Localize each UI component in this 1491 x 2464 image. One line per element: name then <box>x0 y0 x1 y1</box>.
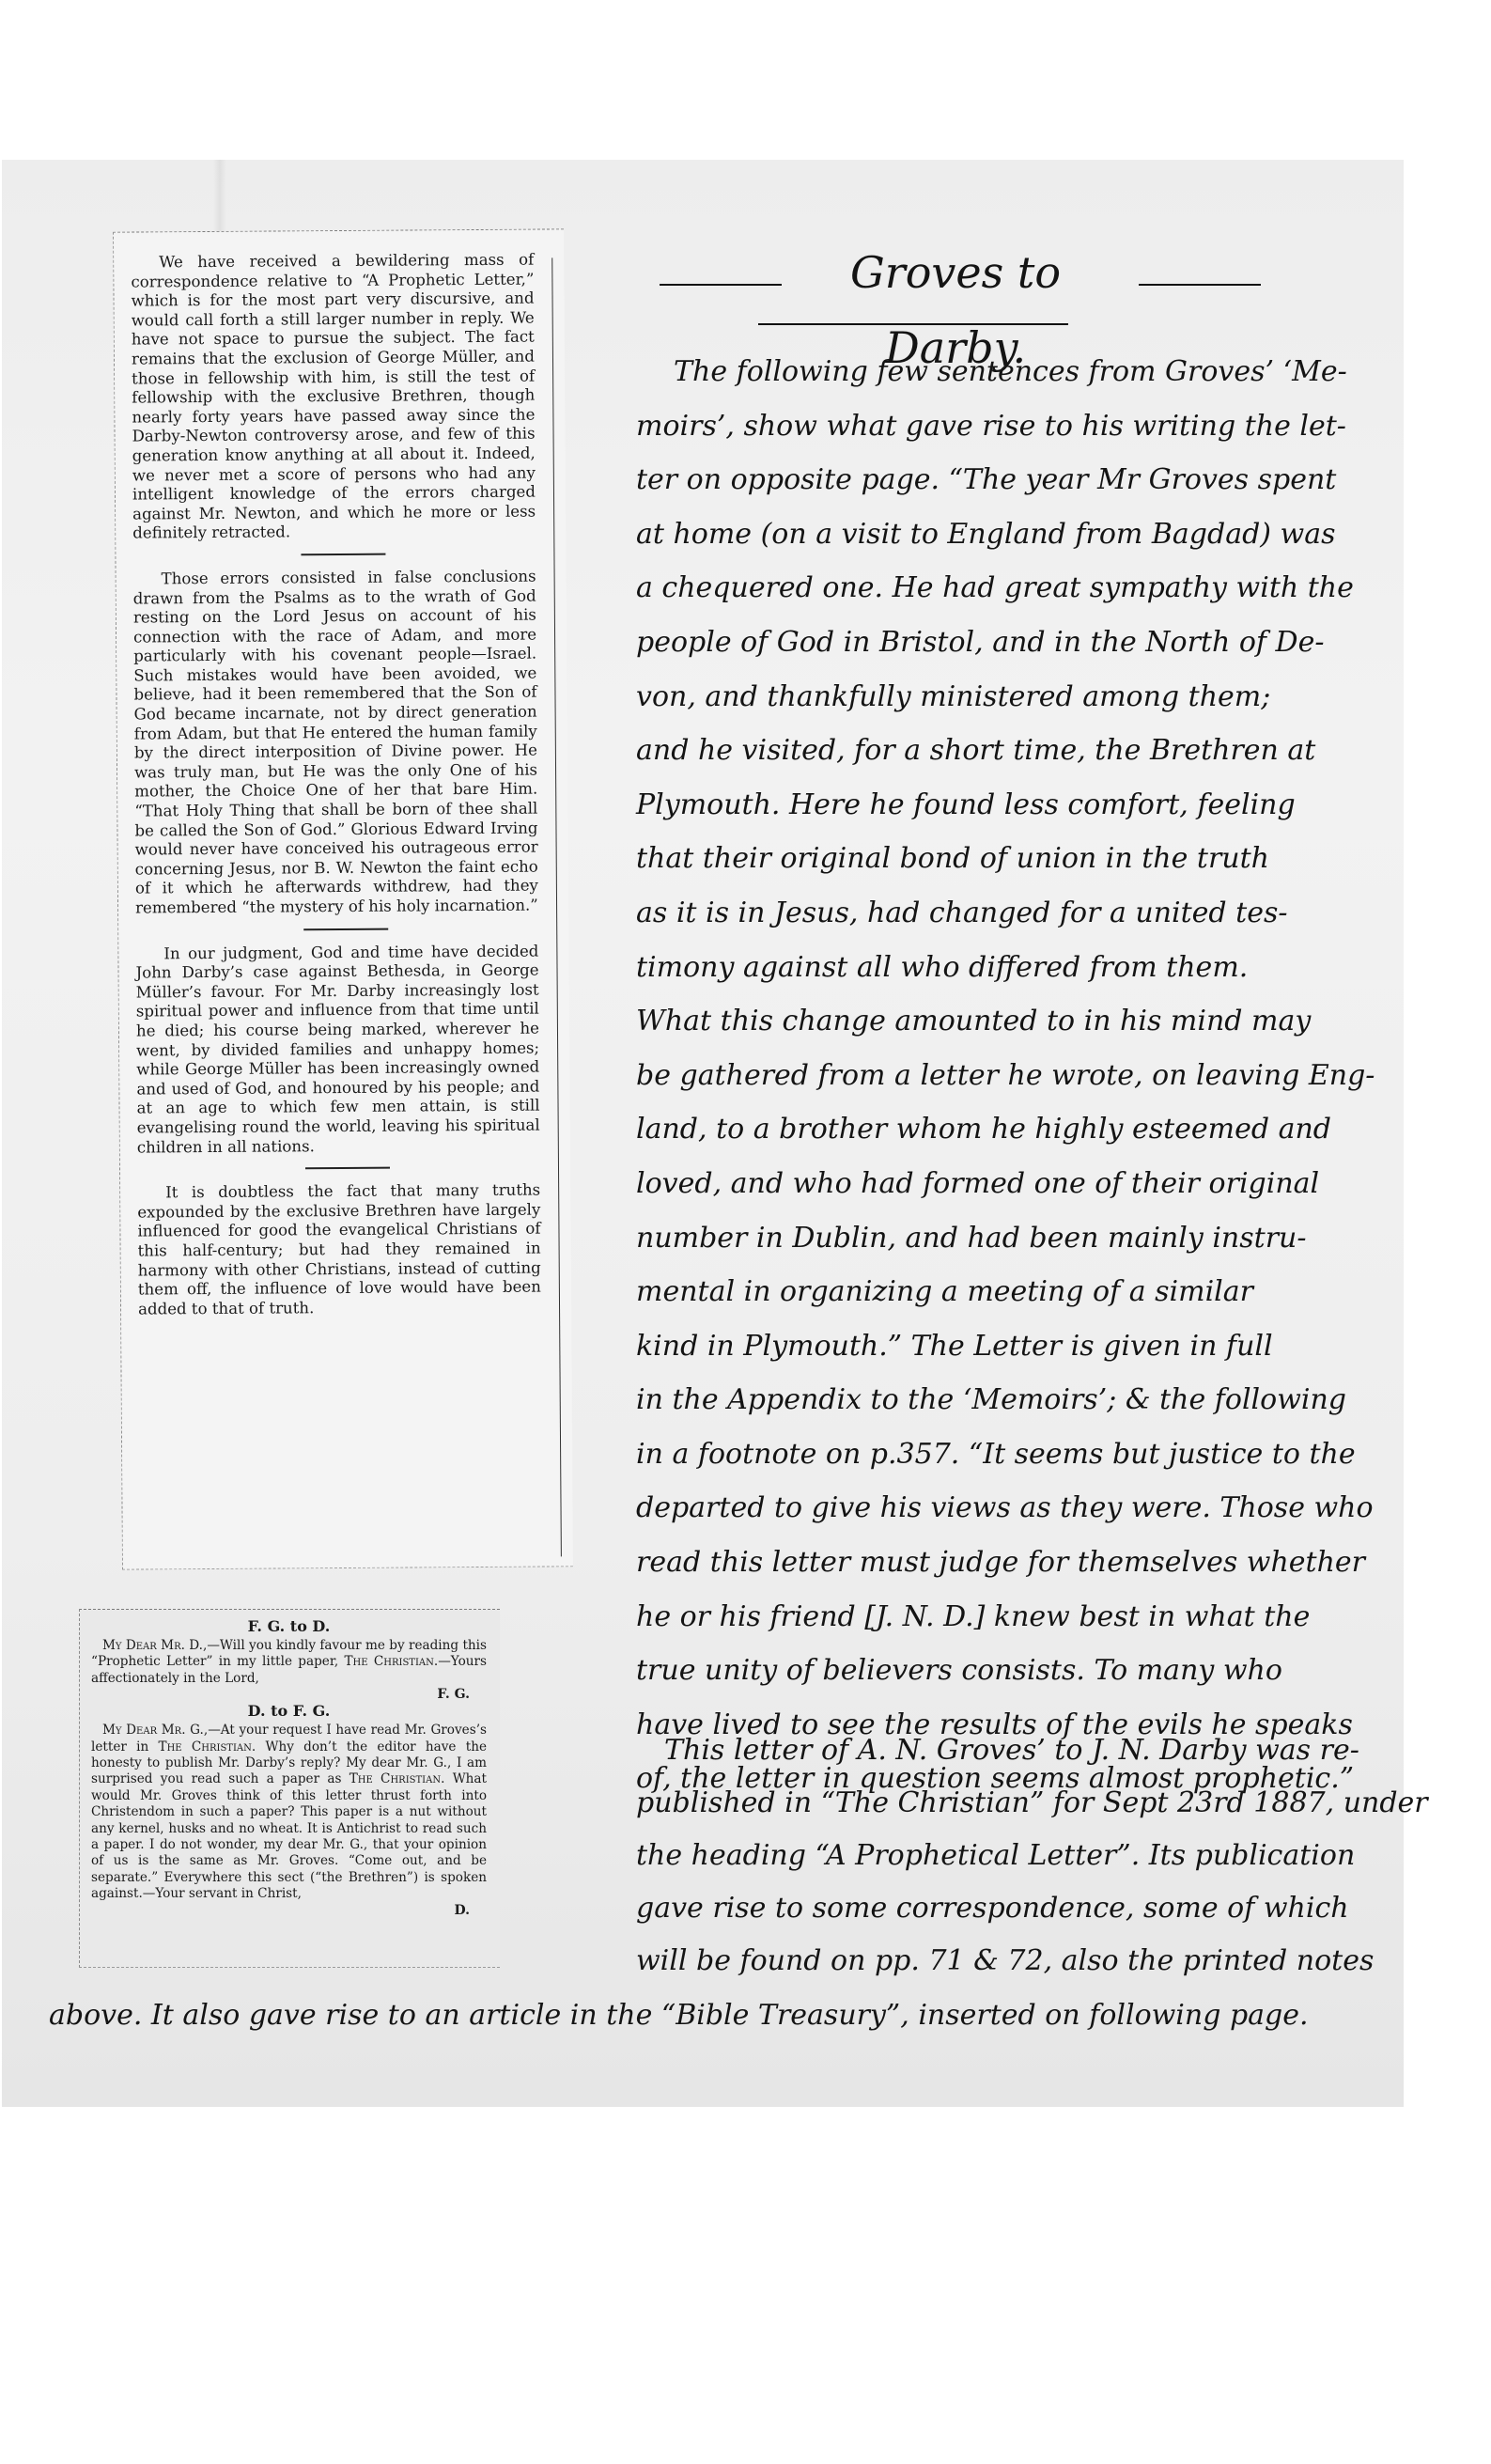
newspaper-clipping-letters: F. G. to D. My Dear Mr. D.,—Will you kin… <box>79 1609 500 1968</box>
letter-body: My Dear Mr. G.,—At your request I have r… <box>91 1723 487 1902</box>
newspaper-clipping-editorial: We have received a bewildering mass of c… <box>113 228 573 1569</box>
handwritten-line: departed to give his views as they were.… <box>636 1481 1350 1536</box>
handwritten-section-1: The following few sentences from Groves’… <box>636 345 1350 1806</box>
handwritten-line: This letter of A. N. Groves’ to J. N. Da… <box>636 1724 1350 1777</box>
handwritten-line: read this letter must judge for themselv… <box>636 1536 1350 1590</box>
paper-name: The Christian <box>349 1771 441 1786</box>
column-rule <box>551 257 562 1556</box>
title-underline <box>758 323 1068 325</box>
letter-signature: D. <box>91 1903 470 1918</box>
handwritten-line: number in Dublin, and had been mainly in… <box>636 1211 1350 1266</box>
letter-text: . What would Mr. Groves think of this le… <box>91 1771 487 1901</box>
letter-signature: F. G. <box>91 1687 470 1702</box>
handwritten-line: in a footnote on p.357. “It seems but ju… <box>636 1427 1350 1482</box>
section-divider <box>304 1167 389 1170</box>
clipping-paragraph: In our judgment, God and time have decid… <box>135 942 540 1158</box>
title-dash-left <box>660 284 782 286</box>
handwritten-line: What this change amounted to in his mind… <box>636 994 1350 1049</box>
handwritten-line: published in “The Christian” for Sept 23… <box>636 1777 1350 1830</box>
handwritten-line: The following few sentences from Groves’… <box>636 345 1350 399</box>
handwritten-line: he or his friend [J. N. D.] knew best in… <box>636 1590 1350 1645</box>
clipping-paragraph: It is doubtless the fact that many truth… <box>137 1181 541 1319</box>
handwritten-line: Plymouth. Here he found less comfort, fe… <box>636 778 1350 833</box>
handwritten-line: the heading “A Prophetical Letter”. Its … <box>636 1830 1350 1882</box>
handwritten-line: von, and thankfully ministered among the… <box>636 670 1350 725</box>
handwritten-line: and he visited, for a short time, the Br… <box>636 724 1350 778</box>
handwritten-line: will be found on pp. 71 & 72, also the p… <box>636 1935 1350 1988</box>
scrapbook-page: We have received a bewildering mass of c… <box>2 160 1404 2107</box>
handwritten-line: mental in organizing a meeting of a simi… <box>636 1265 1350 1319</box>
letter-body: My Dear Mr. D.,—Will you kindly favour m… <box>91 1638 487 1687</box>
paper-name: The Christian <box>159 1739 252 1754</box>
handwritten-line: land, to a brother whom he highly esteem… <box>636 1102 1350 1157</box>
handwritten-line: timony against all who differed from the… <box>636 941 1350 995</box>
letter-salutation: My Dear Mr. G., <box>102 1723 208 1738</box>
paper-name: The Christian <box>344 1654 433 1669</box>
handwritten-line: loved, and who had formed one of their o… <box>636 1157 1350 1211</box>
letter-salutation: My Dear Mr. D., <box>102 1638 207 1653</box>
handwritten-line: kind in Plymouth.” The Letter is given i… <box>636 1319 1350 1374</box>
handwritten-title-block: Groves to Darby. <box>660 235 1280 338</box>
handwritten-line: a chequered one. He had great sympathy w… <box>636 561 1350 616</box>
handwritten-line: as it is in Jesus, had changed for a uni… <box>636 886 1350 941</box>
handwritten-line: in the Appendix to the ‘Memoirs’; & the … <box>636 1373 1350 1427</box>
handwritten-line: true unity of believers consists. To man… <box>636 1644 1350 1698</box>
handwritten-line: at home (on a visit to England from Bagd… <box>636 507 1350 562</box>
section-divider <box>303 928 388 930</box>
handwritten-line: ter on opposite page. “The year Mr Grove… <box>636 453 1350 507</box>
letter-heading: D. to F. G. <box>91 1702 487 1721</box>
letter-heading: F. G. to D. <box>91 1617 487 1636</box>
section-divider <box>301 554 385 556</box>
handwritten-section-2: This letter of A. N. Groves’ to J. N. Da… <box>636 1724 1350 1988</box>
title-dash-right <box>1139 284 1261 286</box>
handwritten-line: moirs’, show what gave rise to his writi… <box>636 399 1350 454</box>
handwritten-closing-line: above. It also gave rise to an article i… <box>49 1989 1364 2042</box>
handwritten-line: gave rise to some correspondence, some o… <box>636 1882 1350 1935</box>
handwritten-line: be gathered from a letter he wrote, on l… <box>636 1049 1350 1103</box>
clipping-paragraph: We have received a bewildering mass of c… <box>131 251 536 544</box>
handwritten-line: people of God in Bristol, and in the Nor… <box>636 616 1350 670</box>
handwritten-line: that their original bond of union in the… <box>636 832 1350 886</box>
clipping-paragraph: Those errors consisted in false conclusi… <box>133 567 539 918</box>
